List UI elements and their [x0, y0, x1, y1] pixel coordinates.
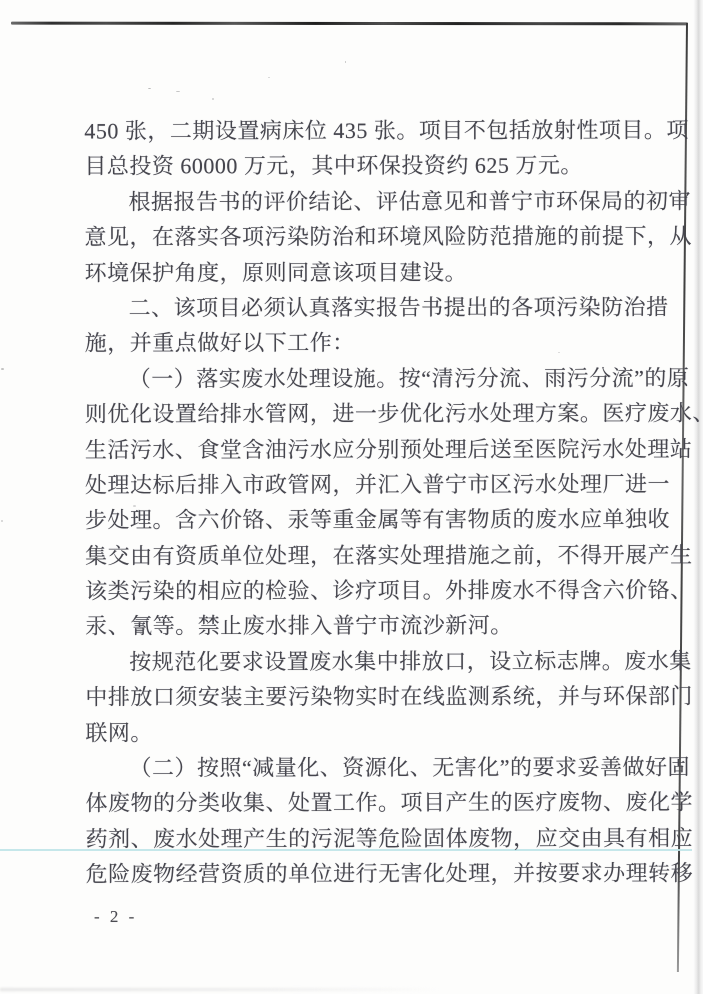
- scan-speck: [1, 368, 4, 370]
- scan-speck: [345, 61, 346, 63]
- scanned-page: 450 张，二期设置病床位 435 张。项目不包括放射性项目。项目总投资 600…: [0, 0, 703, 994]
- text-line: 步处理。含六价铬、汞等重金属等有害物质的废水应单独收: [85, 502, 619, 538]
- scan-speck: [176, 91, 180, 92]
- scan-speck: [133, 505, 136, 507]
- scan-bottom-smudge: [0, 988, 440, 991]
- scan-speck: [558, 352, 560, 353]
- text-line: 根据报告书的评价结论、评估意见和普宁市环保局的初审: [84, 183, 618, 219]
- text-line: 处理达标后排入市政管网，并汇入普宁市区污水处理厂进一: [85, 466, 619, 502]
- text-line: 目总投资 60000 万元，其中环保投资约 625 万元。: [84, 148, 618, 184]
- text-line: 体废物的分类收集、处置工作。项目产生的医疗废物、废化学: [85, 785, 619, 821]
- text-line: 二、该项目必须认真落实报告书提出的各项污染防治措: [85, 289, 619, 325]
- text-line: 施，并重点做好以下工作：: [85, 325, 619, 361]
- text-line: 药剂、废水处理产生的污泥等危险固体废物，应交由具有相应: [86, 820, 620, 856]
- text-line: 集交由有资质单位处理，在落实处理措施之前，不得开展产生: [85, 537, 619, 573]
- text-line: 汞、氰等。禁止废水排入普宁市流沙新河。: [85, 608, 619, 644]
- text-line: （二）按照“减量化、资源化、无害化”的要求妥善做好固: [85, 750, 619, 786]
- scan-speck: [212, 98, 214, 100]
- text-line: 中排放口须安装主要污染物实时在线监测系统，并与环保部门: [85, 679, 619, 715]
- text-line: 生活污水、食堂含油污水应分别预处理后送至医院污水处理站: [85, 431, 619, 467]
- scan-speck: [1, 520, 3, 522]
- text-line: 联网。: [85, 714, 619, 750]
- text-line: 则优化设置给排水管网，进一步优化污水处理方案。医疗废水、: [85, 396, 619, 432]
- text-line: 危险废物经营资质的单位进行无害化处理，并按要求办理转移: [86, 856, 620, 892]
- scan-edge-shadow: [693, 0, 703, 994]
- document-body: 450 张，二期设置病床位 435 张。项目不包括放射性项目。项目总投资 600…: [84, 113, 619, 893]
- scan-speck: [108, 440, 112, 442]
- page-number: - 2 -: [94, 905, 137, 929]
- text-line: 意见，在落实各项污染防治和环境风险防范措施的前提下，从: [85, 219, 619, 255]
- text-line: 该类污染的相应的检验、诊疗项目。外排废水不得含六价铬、: [85, 573, 619, 609]
- page-top-border-line: [11, 22, 688, 26]
- scan-speck: [148, 88, 151, 89]
- scan-speck: [268, 77, 270, 78]
- text-line: 按规范化要求设置废水集中排放口，设立标志牌。废水集: [85, 643, 619, 679]
- text-line: 450 张，二期设置病床位 435 张。项目不包括放射性项目。项: [84, 113, 618, 149]
- text-line: （一）落实废水处理设施。按“清污分流、雨污分流”的原: [85, 360, 619, 396]
- text-line: 环境保护角度，原则同意该项目建设。: [85, 254, 619, 290]
